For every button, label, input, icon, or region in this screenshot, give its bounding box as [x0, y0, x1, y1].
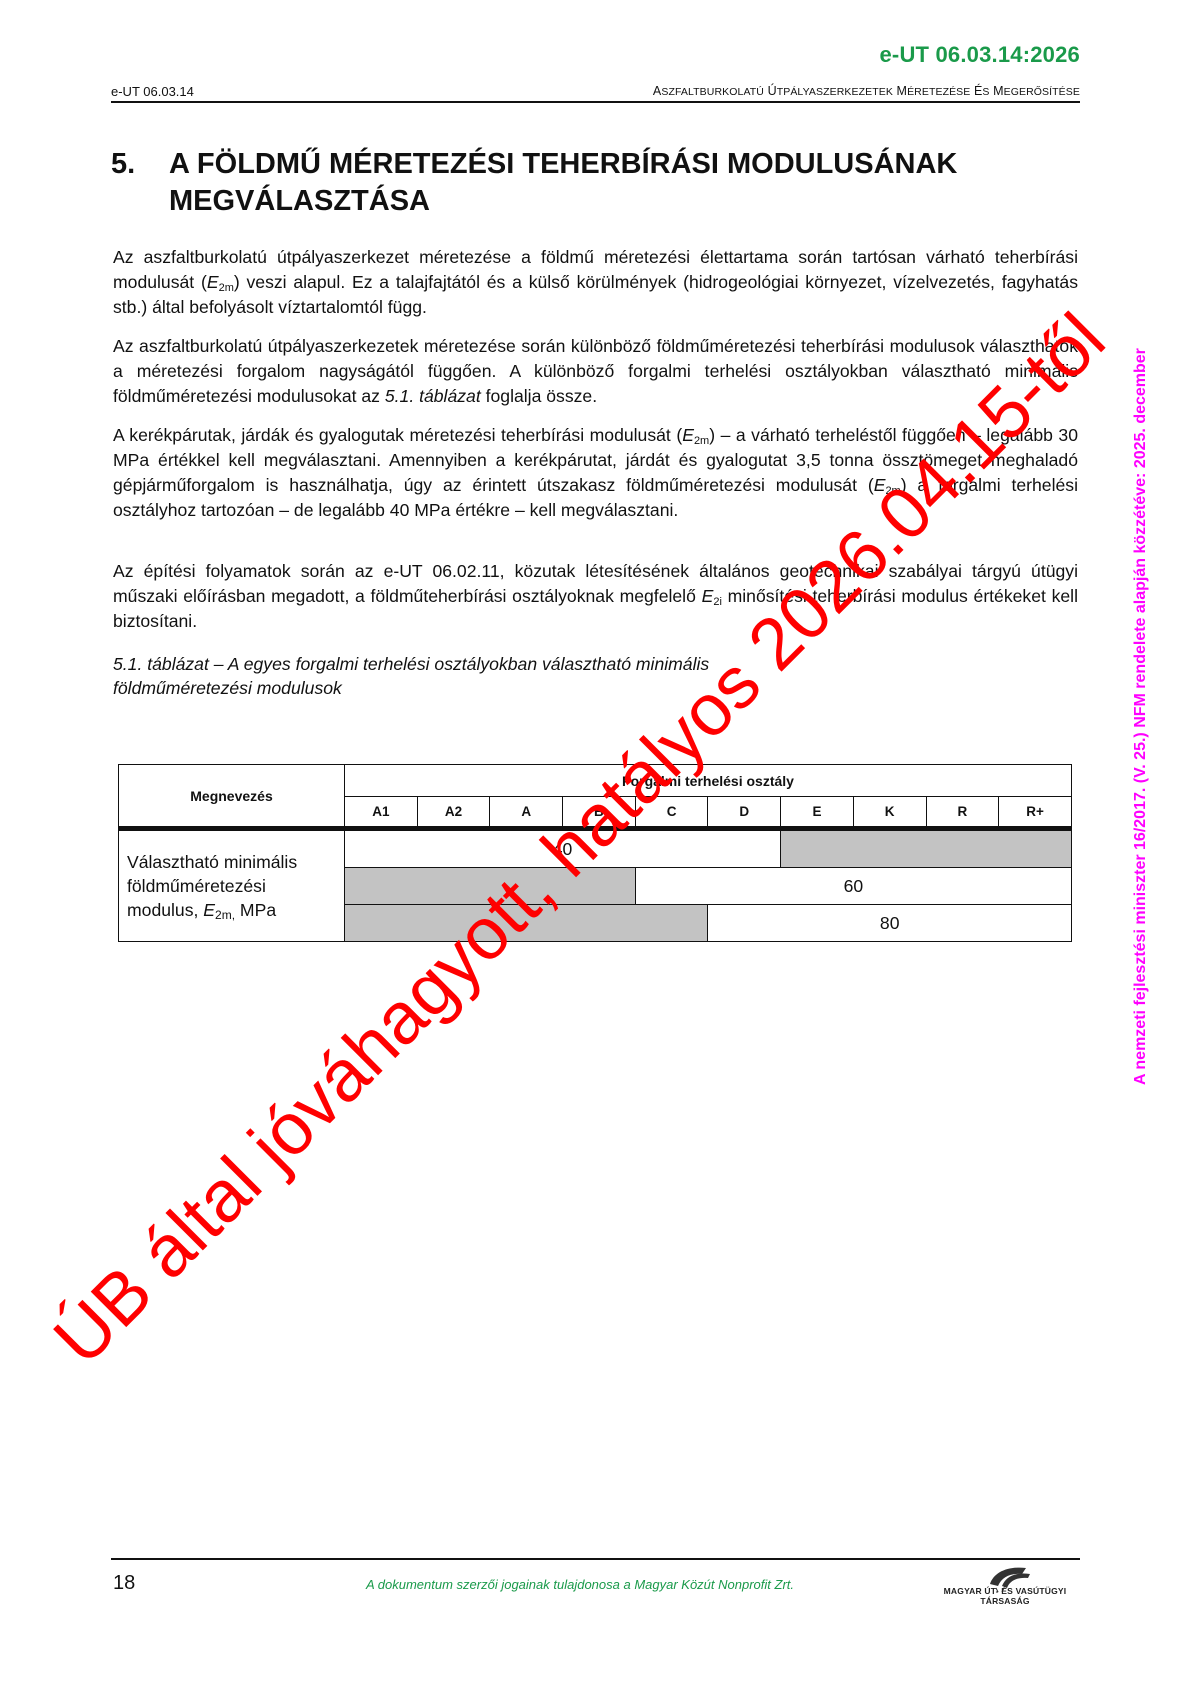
society-logo: MAGYAR ÚT- ÉS VASÚTÜGYI TÁRSASÁG	[930, 1562, 1080, 1612]
footer-rule	[111, 1558, 1080, 1560]
chapter-title-line2: MEGVÁLASZTÁSA	[111, 183, 957, 220]
class-header-rplus: R+	[999, 797, 1072, 829]
class-header-a1: A1	[345, 797, 418, 829]
logo-text: MAGYAR ÚT- ÉS VASÚTÜGYI TÁRSASÁG	[930, 1586, 1080, 1606]
paragraph-1: Az aszfaltburkolatú útpályaszerkezet mér…	[113, 245, 1078, 320]
copyright-notice: A dokumentum szerzői jogainak tulajdonos…	[300, 1577, 860, 1592]
class-header-k: K	[853, 797, 926, 829]
class-header-r: R	[926, 797, 999, 829]
chapter-number: 5.	[111, 146, 169, 183]
class-header-a2: A2	[417, 797, 490, 829]
table-reference-link: 5.1. táblázat	[385, 386, 481, 406]
header-rule	[111, 101, 1080, 103]
header-left-code: e-UT 06.03.14	[111, 84, 194, 99]
table-caption: 5.1. táblázat – A egyes forgalmi terhelé…	[113, 652, 1078, 700]
modulus-value-cell: 80	[708, 905, 1072, 942]
paragraph-2: Az aszfaltburkolatú útpályaszerkezetek m…	[113, 334, 1078, 409]
row-label: Választható minimális földműméretezési m…	[119, 829, 345, 942]
header-running-title: ASZFALTBURKOLATÚ ÚTPÁLYASZERKEZETEK MÉRE…	[480, 84, 1080, 98]
not-applicable-cell	[781, 829, 1072, 868]
chapter-heading: 5.A FÖLDMŰ MÉRETEZÉSI TEHERBÍRÁSI MODULU…	[111, 146, 957, 220]
page-number: 18	[113, 1572, 135, 1595]
class-header-e: E	[781, 797, 854, 829]
document-code: e-UT 06.03.14:2026	[780, 42, 1080, 68]
class-header-d: D	[708, 797, 781, 829]
chapter-title-line1: A FÖLDMŰ MÉRETEZÉSI TEHERBÍRÁSI MODULUSÁ…	[169, 148, 957, 180]
header-running-title-text: ASZFALTBURKOLATÚ ÚTPÁLYASZERKEZETEK MÉRE…	[653, 84, 1080, 98]
paragraph-4: Az építési folyamatok során az e-UT 06.0…	[113, 559, 1078, 634]
column-header-name: Megnevezés	[119, 765, 345, 829]
modulus-value-cell: 60	[635, 868, 1071, 905]
publication-side-note: A nemzeti fejlesztési miniszter 16/2017.…	[1132, 348, 1150, 1085]
